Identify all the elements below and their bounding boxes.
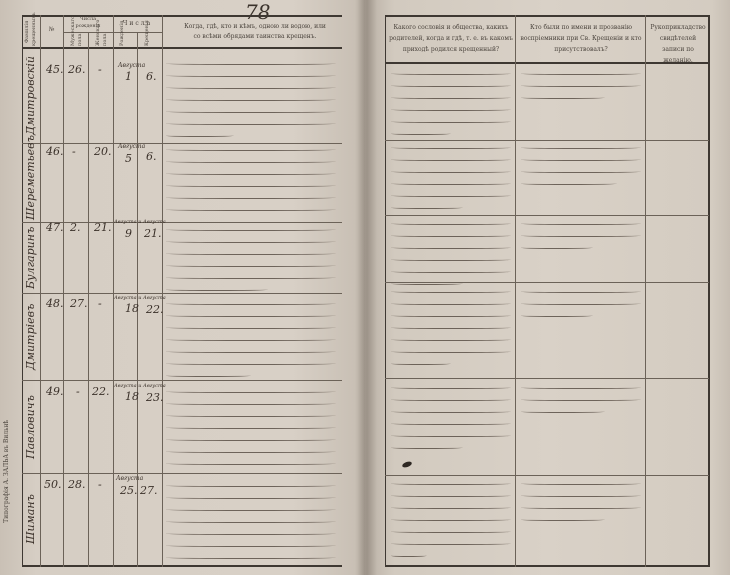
header-female: Женскаго пола: [95, 33, 107, 46]
handwritten-entry: [166, 390, 336, 474]
row-surname: Булгаринъ: [24, 225, 38, 291]
header-bottom-border: [22, 47, 342, 49]
row-baptism-day: 21.: [144, 227, 162, 240]
row-baptism-day: 6.: [146, 70, 157, 83]
godparents-entry: [521, 222, 641, 258]
row-birth-month: Августа: [116, 475, 143, 482]
table-top-border: [385, 15, 709, 17]
row-surname: Шереметьевъ: [24, 146, 38, 220]
row-female: -: [98, 297, 102, 310]
row-baptism-day: 27.: [140, 484, 158, 497]
parents-entry: [391, 290, 511, 374]
row-male: 2.: [70, 221, 81, 234]
row-female: 22.: [92, 385, 110, 398]
row-birth-month: Августа: [118, 143, 145, 150]
row-birth-day: 18: [125, 302, 139, 315]
left-page: 78 Фамилія крещенныхъ № Числарожденія Му…: [0, 0, 365, 575]
row-birth-month: Августа: [118, 62, 145, 69]
handwritten-entry: [166, 302, 336, 386]
handwritten-entry: [166, 228, 336, 300]
parents-entry: [391, 482, 511, 566]
godparents-entry: [521, 72, 641, 108]
row-male: 26.: [68, 63, 86, 76]
col-divider: [113, 15, 114, 567]
row-birth-month: Августа и Августа: [114, 383, 166, 389]
row-baptism-day: 23.: [146, 391, 164, 404]
row-number: 50.: [44, 478, 62, 491]
row-female: -: [98, 478, 102, 491]
row-number: 48.: [46, 297, 64, 310]
printer-mark: Типографія А. ЗАЛЬА въ Вильнѣ: [3, 420, 10, 523]
row-birth-month: Августа и Августа: [114, 219, 166, 225]
header-birth: Рожденія: [119, 33, 131, 46]
header-number: №: [40, 25, 63, 35]
row-birth-day: 18: [125, 390, 139, 403]
col-divider: [645, 15, 646, 567]
right-border: [708, 15, 710, 567]
header-godparents: Кто были по имени и прозванію воспріемни…: [519, 22, 643, 55]
col-divider: [515, 15, 516, 567]
col-divider: [40, 15, 41, 567]
col-divider: [88, 32, 89, 567]
row-divider: [385, 475, 709, 476]
handwritten-entry: [166, 148, 336, 220]
right-page: Какого сословія и общества, какихъ родит…: [365, 0, 730, 575]
left-border: [385, 15, 386, 567]
parents-entry: [391, 146, 511, 218]
col-divider: [63, 15, 64, 567]
row-surname: Дмитровскій: [24, 52, 38, 140]
left-border: [22, 15, 23, 567]
header-surname: Фамилія крещенныхъ: [24, 18, 38, 46]
row-male: 28.: [68, 478, 86, 491]
book-gutter: [355, 0, 377, 575]
row-baptism-day: 6.: [146, 150, 157, 163]
godparents-entry: [521, 146, 641, 194]
row-number: 46.: [46, 145, 64, 158]
header-parents: Какого сословія и общества, какихъ родит…: [389, 22, 513, 55]
row-birth-day: 25.: [120, 484, 138, 497]
handwritten-entry: [166, 62, 336, 146]
header-male: Мужескаго пола: [70, 33, 82, 46]
row-surname: Шиманъ: [24, 476, 38, 563]
row-divider: [385, 378, 709, 379]
row-female: 21.: [94, 221, 112, 234]
row-baptism-day: 22.: [146, 303, 164, 316]
row-male: -: [76, 385, 80, 398]
header-signature: Рукоприкладство свидѣтелей записи по жел…: [649, 22, 707, 66]
handwritten-entry: [166, 484, 336, 568]
row-birth-day: 9: [125, 227, 132, 240]
row-female: -: [98, 63, 102, 76]
header-description: Когда, гдѣ, кто и кѣмъ, одною ли водою, …: [180, 22, 330, 42]
col-divider: [162, 15, 163, 567]
parents-entry: [391, 222, 511, 294]
row-male: -: [72, 145, 76, 158]
row-birth-day: 5: [125, 152, 132, 165]
row-number: 45.: [46, 63, 64, 76]
folio-number: 78: [245, 0, 270, 24]
row-male: 27.: [70, 297, 88, 310]
row-female: 20.: [94, 145, 112, 158]
row-birth-month: Августа и Августа: [114, 295, 166, 301]
godparents-entry: [521, 482, 641, 530]
row-number: 47.: [46, 221, 64, 234]
row-number: 49.: [46, 385, 64, 398]
godparents-entry: [521, 386, 641, 422]
parents-entry: [391, 72, 511, 144]
header-baptism: Крещенія: [144, 33, 156, 46]
row-birth-day: 1: [125, 70, 132, 83]
row-surname: Павловичъ: [24, 383, 38, 471]
godparents-entry: [521, 290, 641, 326]
row-surname: Дмитріевъ: [24, 296, 38, 378]
parents-entry: [391, 386, 511, 458]
